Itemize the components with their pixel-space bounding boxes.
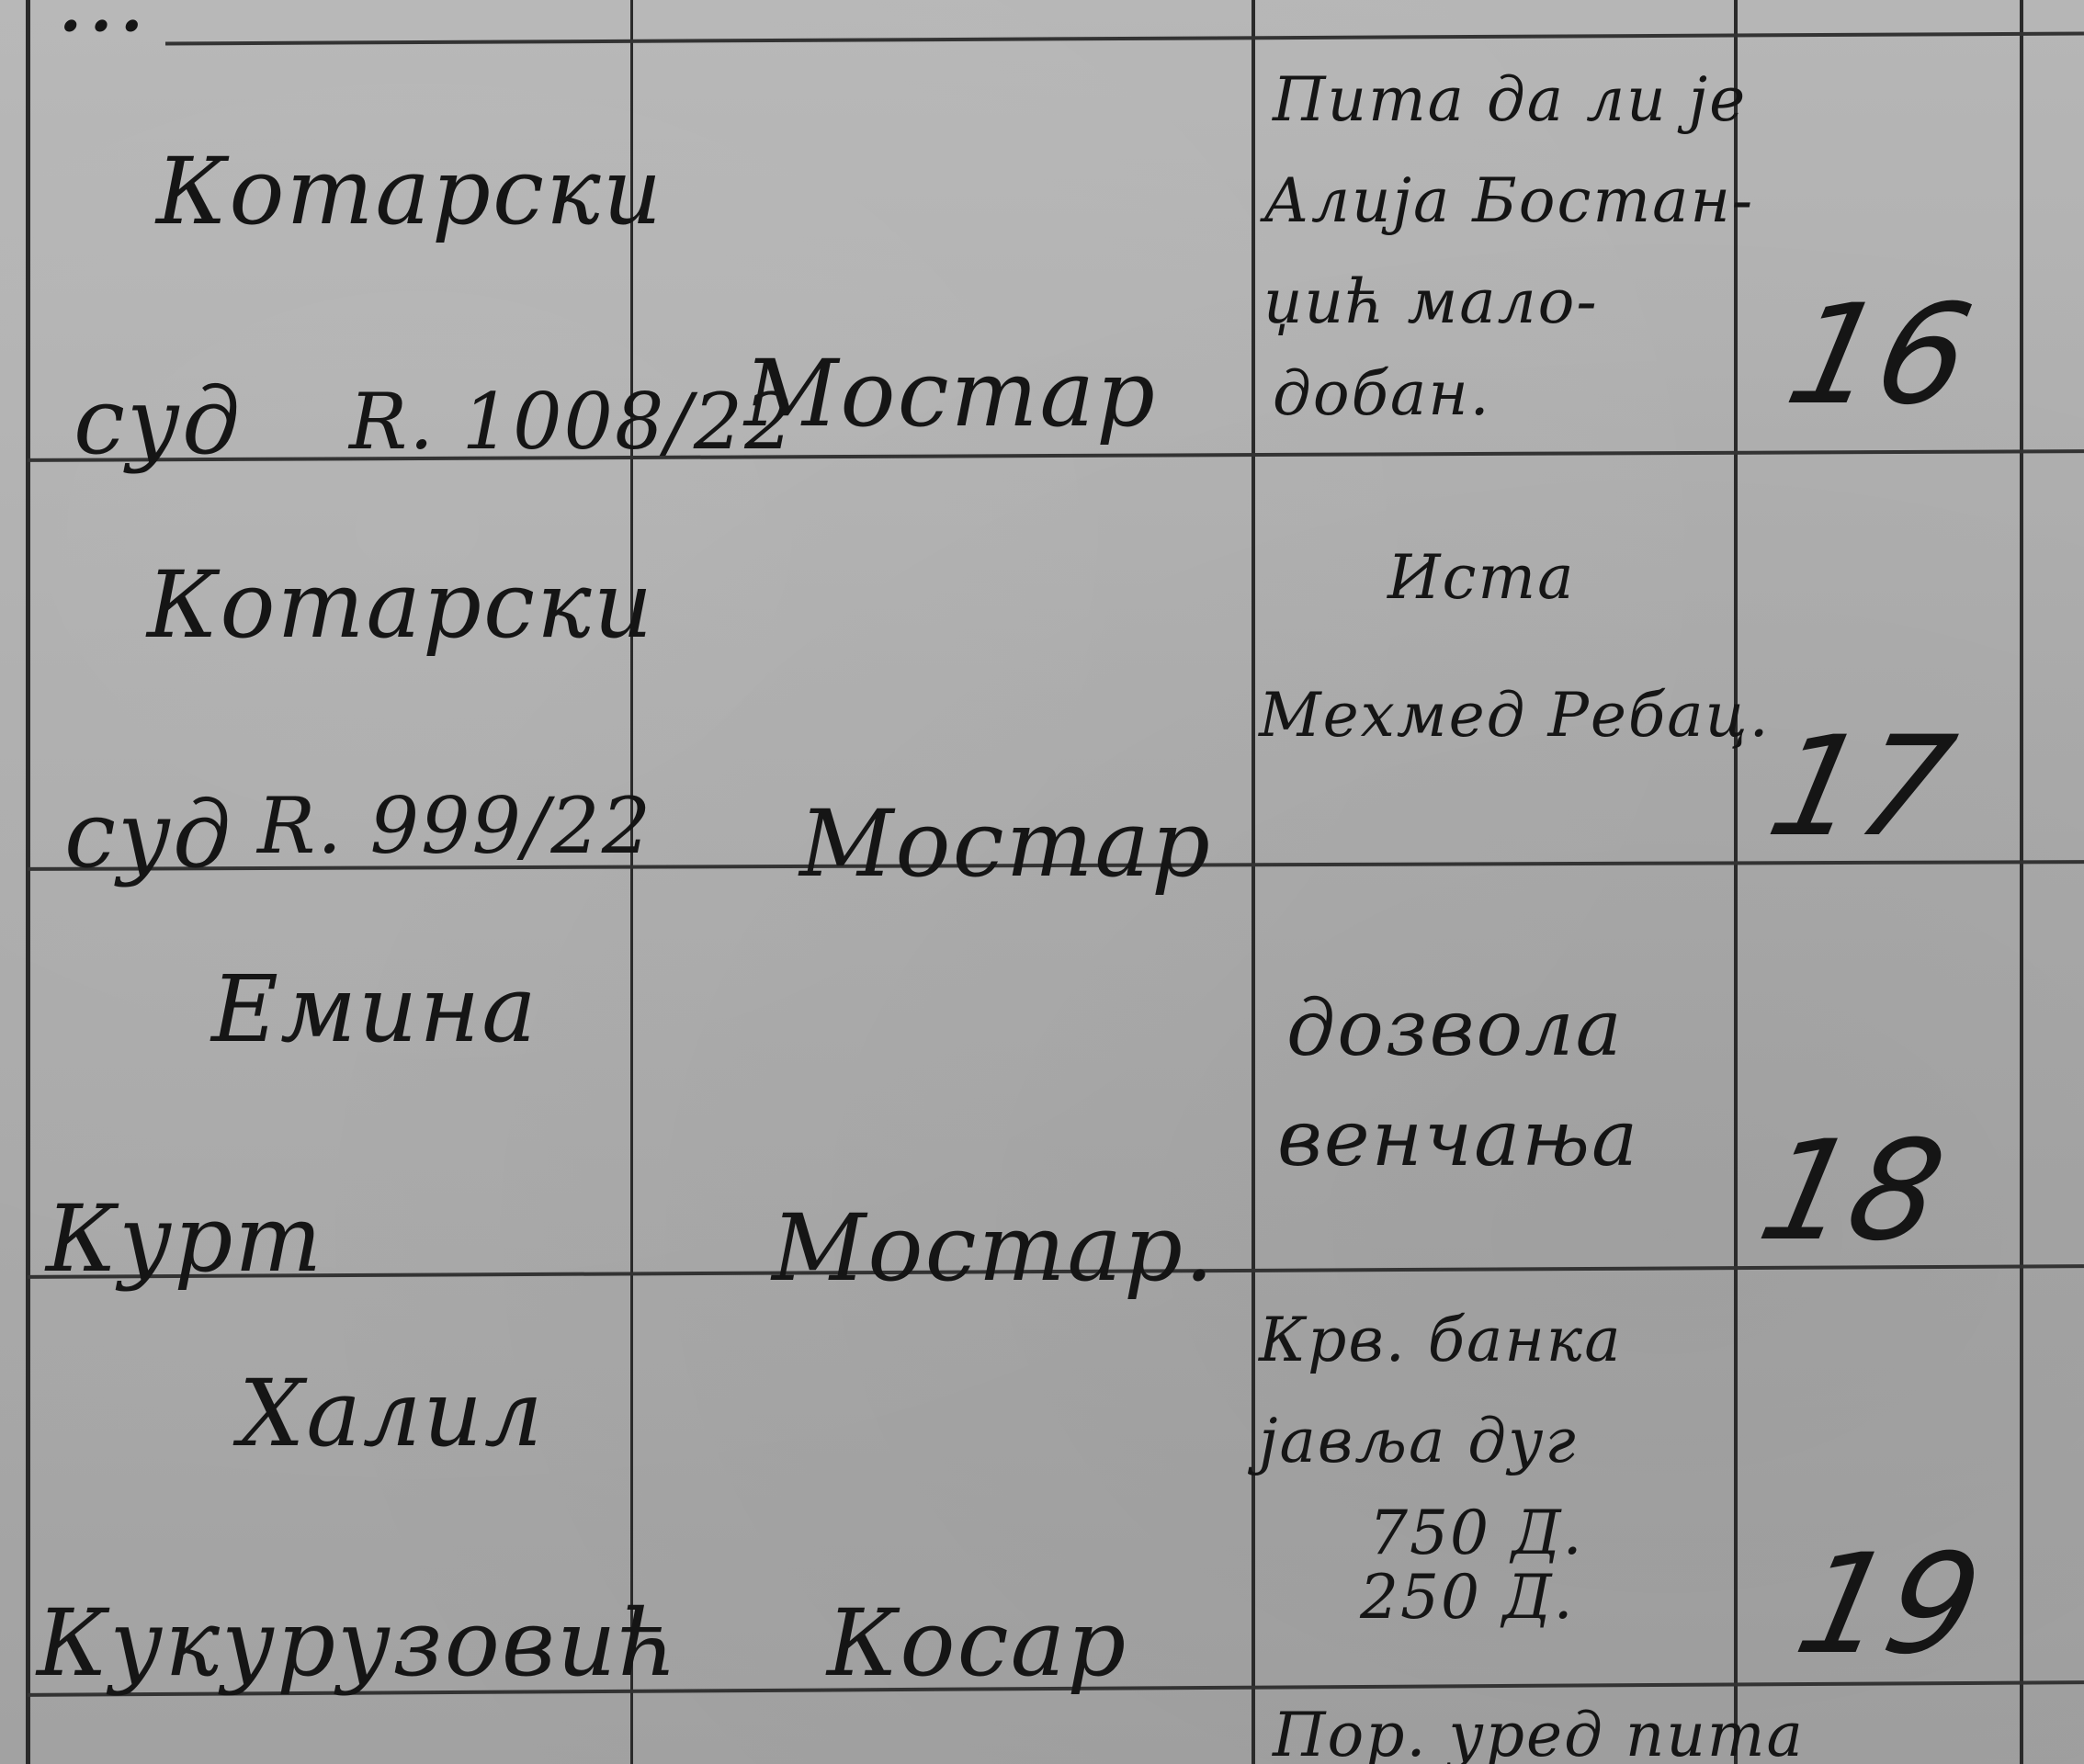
row-remark-line: венчања — [1277, 1093, 1639, 1183]
left-border-rule — [26, 0, 30, 1764]
row-place: Мостар — [799, 790, 1212, 898]
row-remark-line: џић мало- — [1263, 266, 1599, 337]
row-name-line1: Котарски — [156, 138, 663, 245]
row-remark-line: Пор. уред пита — [1273, 1700, 1805, 1764]
row-remark-line: Мехмед Ребац. — [1259, 680, 1771, 751]
row-remark-line: Иста — [1387, 542, 1575, 613]
column-rule-4 — [2020, 0, 2023, 1764]
column-rule-1 — [630, 0, 633, 1764]
row-remark-line: дозвола — [1286, 983, 1624, 1073]
row-remark-line: 750 Д. — [1369, 1498, 1584, 1568]
row-number: 18 — [1748, 1112, 1957, 1272]
row-rule-16 — [28, 449, 2084, 462]
row-remark-line: Крв. банка — [1259, 1305, 1623, 1375]
row-remark-line: Алија Бостан- — [1263, 165, 1754, 236]
row-rule-top — [165, 32, 2084, 46]
row-name-line1: Халил — [239, 1360, 545, 1467]
row-remark-line: Пита да ли је — [1273, 64, 1747, 135]
row-number: 19 — [1784, 1525, 1994, 1685]
row-place: Мостар. — [772, 1194, 1216, 1302]
row-number: 17 — [1757, 707, 1966, 867]
row-place: Косар — [827, 1589, 1127, 1697]
row-name-line1: Котарски — [147, 551, 654, 659]
row-name-line2: суд — [74, 367, 242, 475]
row-remark-line: 250 Д. — [1360, 1562, 1575, 1633]
row-place: Мостар — [744, 340, 1157, 447]
row-reference: R. 999/22 — [257, 781, 652, 871]
column-rule-2 — [1252, 0, 1255, 1764]
top-fragment-text: … — [55, 0, 149, 52]
column-rule-3 — [1734, 0, 1738, 1764]
row-remark-line: јавља дуг — [1259, 1406, 1578, 1476]
row-number: 16 — [1775, 276, 1985, 435]
row-name-line2: Курт — [46, 1185, 323, 1293]
row-reference: R. 1008/22 — [349, 377, 796, 467]
row-name-line2: суд — [64, 781, 232, 888]
row-name-line2: Кукурузовић — [37, 1589, 679, 1697]
row-name-line1: Емина — [211, 955, 538, 1063]
row-remark-line: добан. — [1273, 358, 1491, 429]
